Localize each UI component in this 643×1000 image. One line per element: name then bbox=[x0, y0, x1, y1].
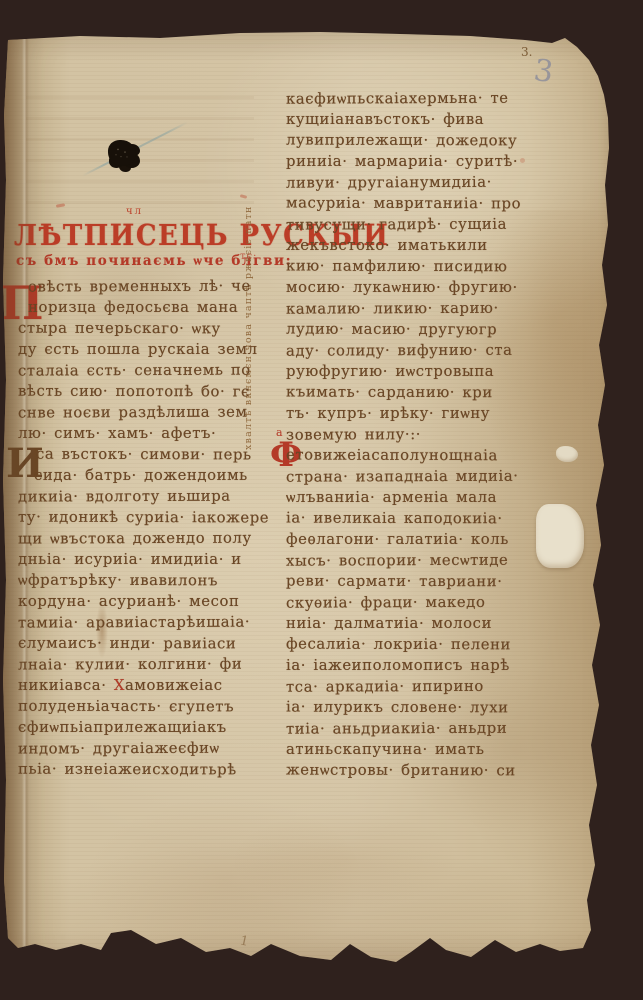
manuscript-line: пьіа· изнеіажеисходитьрѣ bbox=[18, 759, 268, 781]
manuscript-line: къимать· сарданию· кри bbox=[286, 381, 582, 403]
manuscript-line: норизца федосьєва мана bbox=[18, 297, 268, 318]
manuscript-line: ду єсть пошла рускаіа земл bbox=[18, 339, 268, 360]
manuscript-line: никиіавса· Хамовижеіас bbox=[18, 675, 268, 696]
manuscript-line: скуѳиіа· фраци· македо bbox=[286, 591, 582, 613]
manuscript-line: руюфругию· иѡстровыпа bbox=[286, 361, 582, 382]
manuscript-line: каєфиѡпьскаіахермьна· те bbox=[286, 87, 582, 109]
manuscript-line: жекъвстоко· иматькили bbox=[286, 235, 582, 256]
manuscript-line: ниіа· далматиіа· молоси bbox=[286, 613, 582, 634]
manuscript-line: вѣсть сию· попотопѣ бо· гє bbox=[18, 381, 268, 403]
manuscript-line: дньіа· исуриіа· имидиіа· и bbox=[18, 549, 268, 570]
ink-blot bbox=[108, 140, 136, 166]
manuscript-line: іа· ивеликаіа каподокиіа· bbox=[286, 507, 582, 529]
manuscript-line: полуденьіачасть· єгупетъ bbox=[18, 696, 268, 718]
manuscript-line: лю· симъ· хамъ· афетъ· bbox=[18, 423, 268, 444]
manuscript-line: кущиіанавъстокъ· фива bbox=[286, 109, 582, 130]
manuscript-line: снве ноєви раздѣлиша зем bbox=[18, 401, 268, 423]
stain bbox=[230, 810, 460, 910]
manuscript-line: овѣсть временныхъ лѣ· че bbox=[18, 275, 268, 297]
manuscript-line: ѡлъваниіа· арменіа мала bbox=[286, 487, 582, 508]
invocation-rubric: съ бмъ починаємь ѡче блгви: bbox=[16, 253, 266, 269]
manuscript-line: єфиѡпьіаприлежащиіакъ bbox=[18, 717, 268, 738]
manuscript-line: іа· илурикъ словене· лухи bbox=[286, 696, 582, 718]
manuscript-line: индомъ· другаіажеєфиѡ bbox=[18, 737, 268, 759]
title-superscript: чл bbox=[126, 206, 143, 217]
manuscript-line: са въстокъ· симови· перь bbox=[18, 444, 268, 466]
manuscript-line: атиньскапучина· имать bbox=[286, 739, 582, 760]
manuscript-line: тса· аркадиіа· ипирино bbox=[286, 675, 582, 697]
manuscript-line: ѡфратърѣку· ивавилонъ bbox=[18, 570, 268, 592]
manuscript-line: фесалиіа· локриіа· пелени bbox=[286, 633, 582, 655]
manuscript-line: страна· изападнаіа мидиіа· bbox=[286, 465, 582, 487]
left-text-column: овѣсть временныхъ лѣ· ченоризца федосьєв… bbox=[18, 276, 268, 780]
manuscript-line: кию· памфилию· писидию bbox=[286, 255, 582, 277]
manuscript-line: феѳлагони· галатиіа· коль bbox=[286, 529, 582, 550]
manuscript-line: ту· идоникѣ суриіа· іакожере bbox=[18, 507, 268, 529]
manuscript-line: сталаіа єсть· сеначнемь по bbox=[18, 359, 268, 381]
manuscript-line: лнаіа· кулии· колгини· фи bbox=[18, 653, 268, 675]
manuscript-line: тивусущи· гадирѣ· сущиіа bbox=[286, 213, 582, 235]
chronicle-title-rubric: ЛѢТПИСЕЦЬ РУСКЫИ bbox=[14, 219, 264, 257]
manuscript-line: етовижеіасаполунощнаіа bbox=[286, 444, 582, 466]
manuscript-line: іа· іажеиполомописъ нарѣ bbox=[286, 655, 582, 676]
manuscript-line: кордуна· асурианѣ· месоп bbox=[18, 591, 268, 612]
manuscript-line: тамиіа· аравиіастарѣишаіа· bbox=[18, 611, 268, 633]
manuscript-line: реви· сармати· тавриани· bbox=[286, 570, 582, 592]
manuscript-line: єлумаисъ· инди· равиіаси bbox=[18, 633, 268, 655]
marginal-red-mark: п bbox=[244, 222, 251, 233]
parchment-page: 3. 3 1 чл ЛѢТПИСЕЦЬ РУСКЫИ съ бмъ почина… bbox=[0, 0, 643, 1000]
manuscript-line: щи ѡвъстока дожендо полу bbox=[18, 527, 268, 549]
manuscript-line: хысъ· воспории· месѡтиде bbox=[286, 549, 582, 571]
right-text-column: каєфиѡпьскаіахермьна· текущиіанавъстокъ·… bbox=[286, 88, 582, 781]
folio-number-ink: 3. bbox=[521, 45, 532, 59]
manuscript-line: мосию· лукаѡнию· фругию· bbox=[286, 277, 582, 298]
manuscript-line: аду· солиду· вифунию· ста bbox=[286, 339, 582, 361]
manuscript-line: лудию· масию· другуюгр bbox=[286, 318, 582, 340]
manuscript-line: зовемую нилу·:· bbox=[286, 423, 582, 445]
manuscript-line: сида· батрь· дожендоимь bbox=[18, 465, 268, 486]
manuscript-line: риниіа· мармариіа· суритѣ· bbox=[286, 151, 582, 172]
folio-number-pencil: 3 bbox=[532, 53, 556, 90]
show-through-text-ghost bbox=[26, 96, 254, 214]
manuscript-line: тиіа· аньдриакиіа· аньдри bbox=[286, 717, 582, 739]
pen-mark: 1 bbox=[239, 933, 250, 949]
manuscript-line: камалию· ликию· карию· bbox=[286, 297, 582, 319]
manuscript-line: стыра печерьскаго· ѡку bbox=[18, 318, 268, 340]
manuscript-line: женѡстровы· британию· си bbox=[286, 759, 582, 781]
margin-initial-note: а bbox=[276, 427, 283, 438]
marginal-red-mark: тє· bbox=[240, 251, 257, 262]
manuscript-line: тъ· купръ· ирѣку· гиѡну bbox=[286, 403, 582, 424]
manuscript-line: масуриіа· мавританиіа· про bbox=[286, 192, 582, 214]
manuscript-line: ливуи· другаіанумидиіа· bbox=[286, 171, 582, 193]
manuscript-line: дикиіа· вдолготу иьшира bbox=[18, 485, 268, 507]
manuscript-photo: { "page": { "background_color": "#2f211d… bbox=[0, 0, 643, 1000]
manuscript-line: лувиприлежащи· дожедоку bbox=[286, 129, 582, 151]
